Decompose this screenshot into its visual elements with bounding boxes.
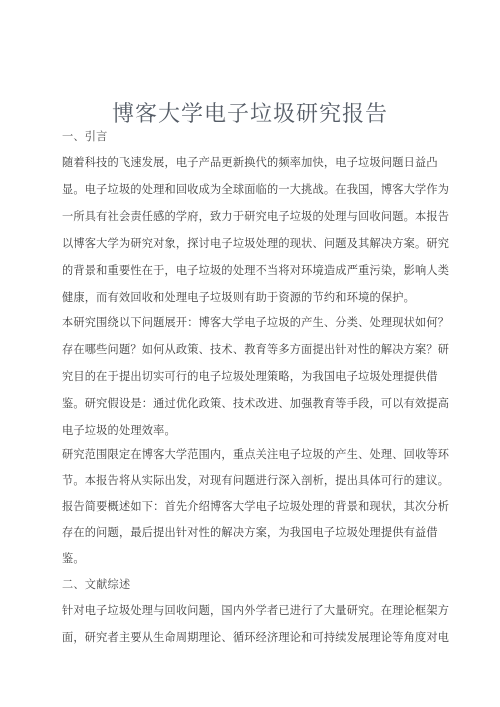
text-line: 健康，而有效回收和处理电子垃圾则有助于资源的节约和环境的保护。 — [62, 289, 442, 305]
text-line: 本研究围绕以下问题展开：博客大学电子垃圾的产生、分类、处理现状如何？ — [62, 314, 442, 330]
document-title: 博客大学电子垃圾研究报告 — [0, 97, 500, 128]
section-heading: 一、引言 — [62, 128, 442, 144]
text-line: 的背景和重要性在于，电子垃圾的处理不当将对环境造成严重污染，影响人类 — [62, 262, 442, 278]
text-line: 究目的在于提出切实可行的电子垃圾处理策略，为我国电子垃圾处理提供借 — [62, 368, 442, 384]
section-heading: 二、文献综述 — [62, 576, 442, 592]
text-line: 面，研究者主要从生命周期理论、循环经济理论和可持续发展理论等角度对电 — [62, 629, 442, 645]
text-line: 电子垃圾的处理效率。 — [62, 422, 442, 438]
text-line: 以博客大学为研究对象，探讨电子垃圾处理的现状、问题及其解决方案。研究 — [62, 235, 442, 251]
text-line: 报告简要概述如下：首先介绍博客大学电子垃圾处理的背景和现状，其次分析 — [62, 498, 442, 514]
text-line: 存在哪些问题？如何从政策、技术、教育等多方面提出针对性的解决方案？研 — [62, 341, 442, 357]
text-line: 节。本报告将从实际出发，对现有问题进行深入剖析，提出具体可行的建议。 — [62, 472, 442, 488]
text-line: 鉴。 — [62, 550, 442, 566]
text-line: 显。电子垃圾的处理和回收成为全球面临的一大挑战。在我国，博客大学作为 — [62, 181, 442, 197]
text-line: 一所具有社会责任感的学府，致力于研究电子垃圾的处理与回收问题。本报告 — [62, 208, 442, 224]
text-line: 随着科技的飞速发展，电子产品更新换代的频率加快，电子垃圾问题日益凸 — [62, 154, 442, 170]
text-line: 针对电子垃圾处理与回收问题，国内外学者已进行了大量研究。在理论框架方 — [62, 602, 442, 618]
text-line: 研究范围限定在博客大学范围内，重点关注电子垃圾的产生、处理、回收等环 — [62, 446, 442, 462]
text-line: 鉴。研究假设是：通过优化政策、技术改进、加强教育等手段，可以有效提高 — [62, 395, 442, 411]
text-line: 存在的问题，最后提出针对性的解决方案，为我国电子垃圾处理提供有益借 — [62, 524, 442, 540]
